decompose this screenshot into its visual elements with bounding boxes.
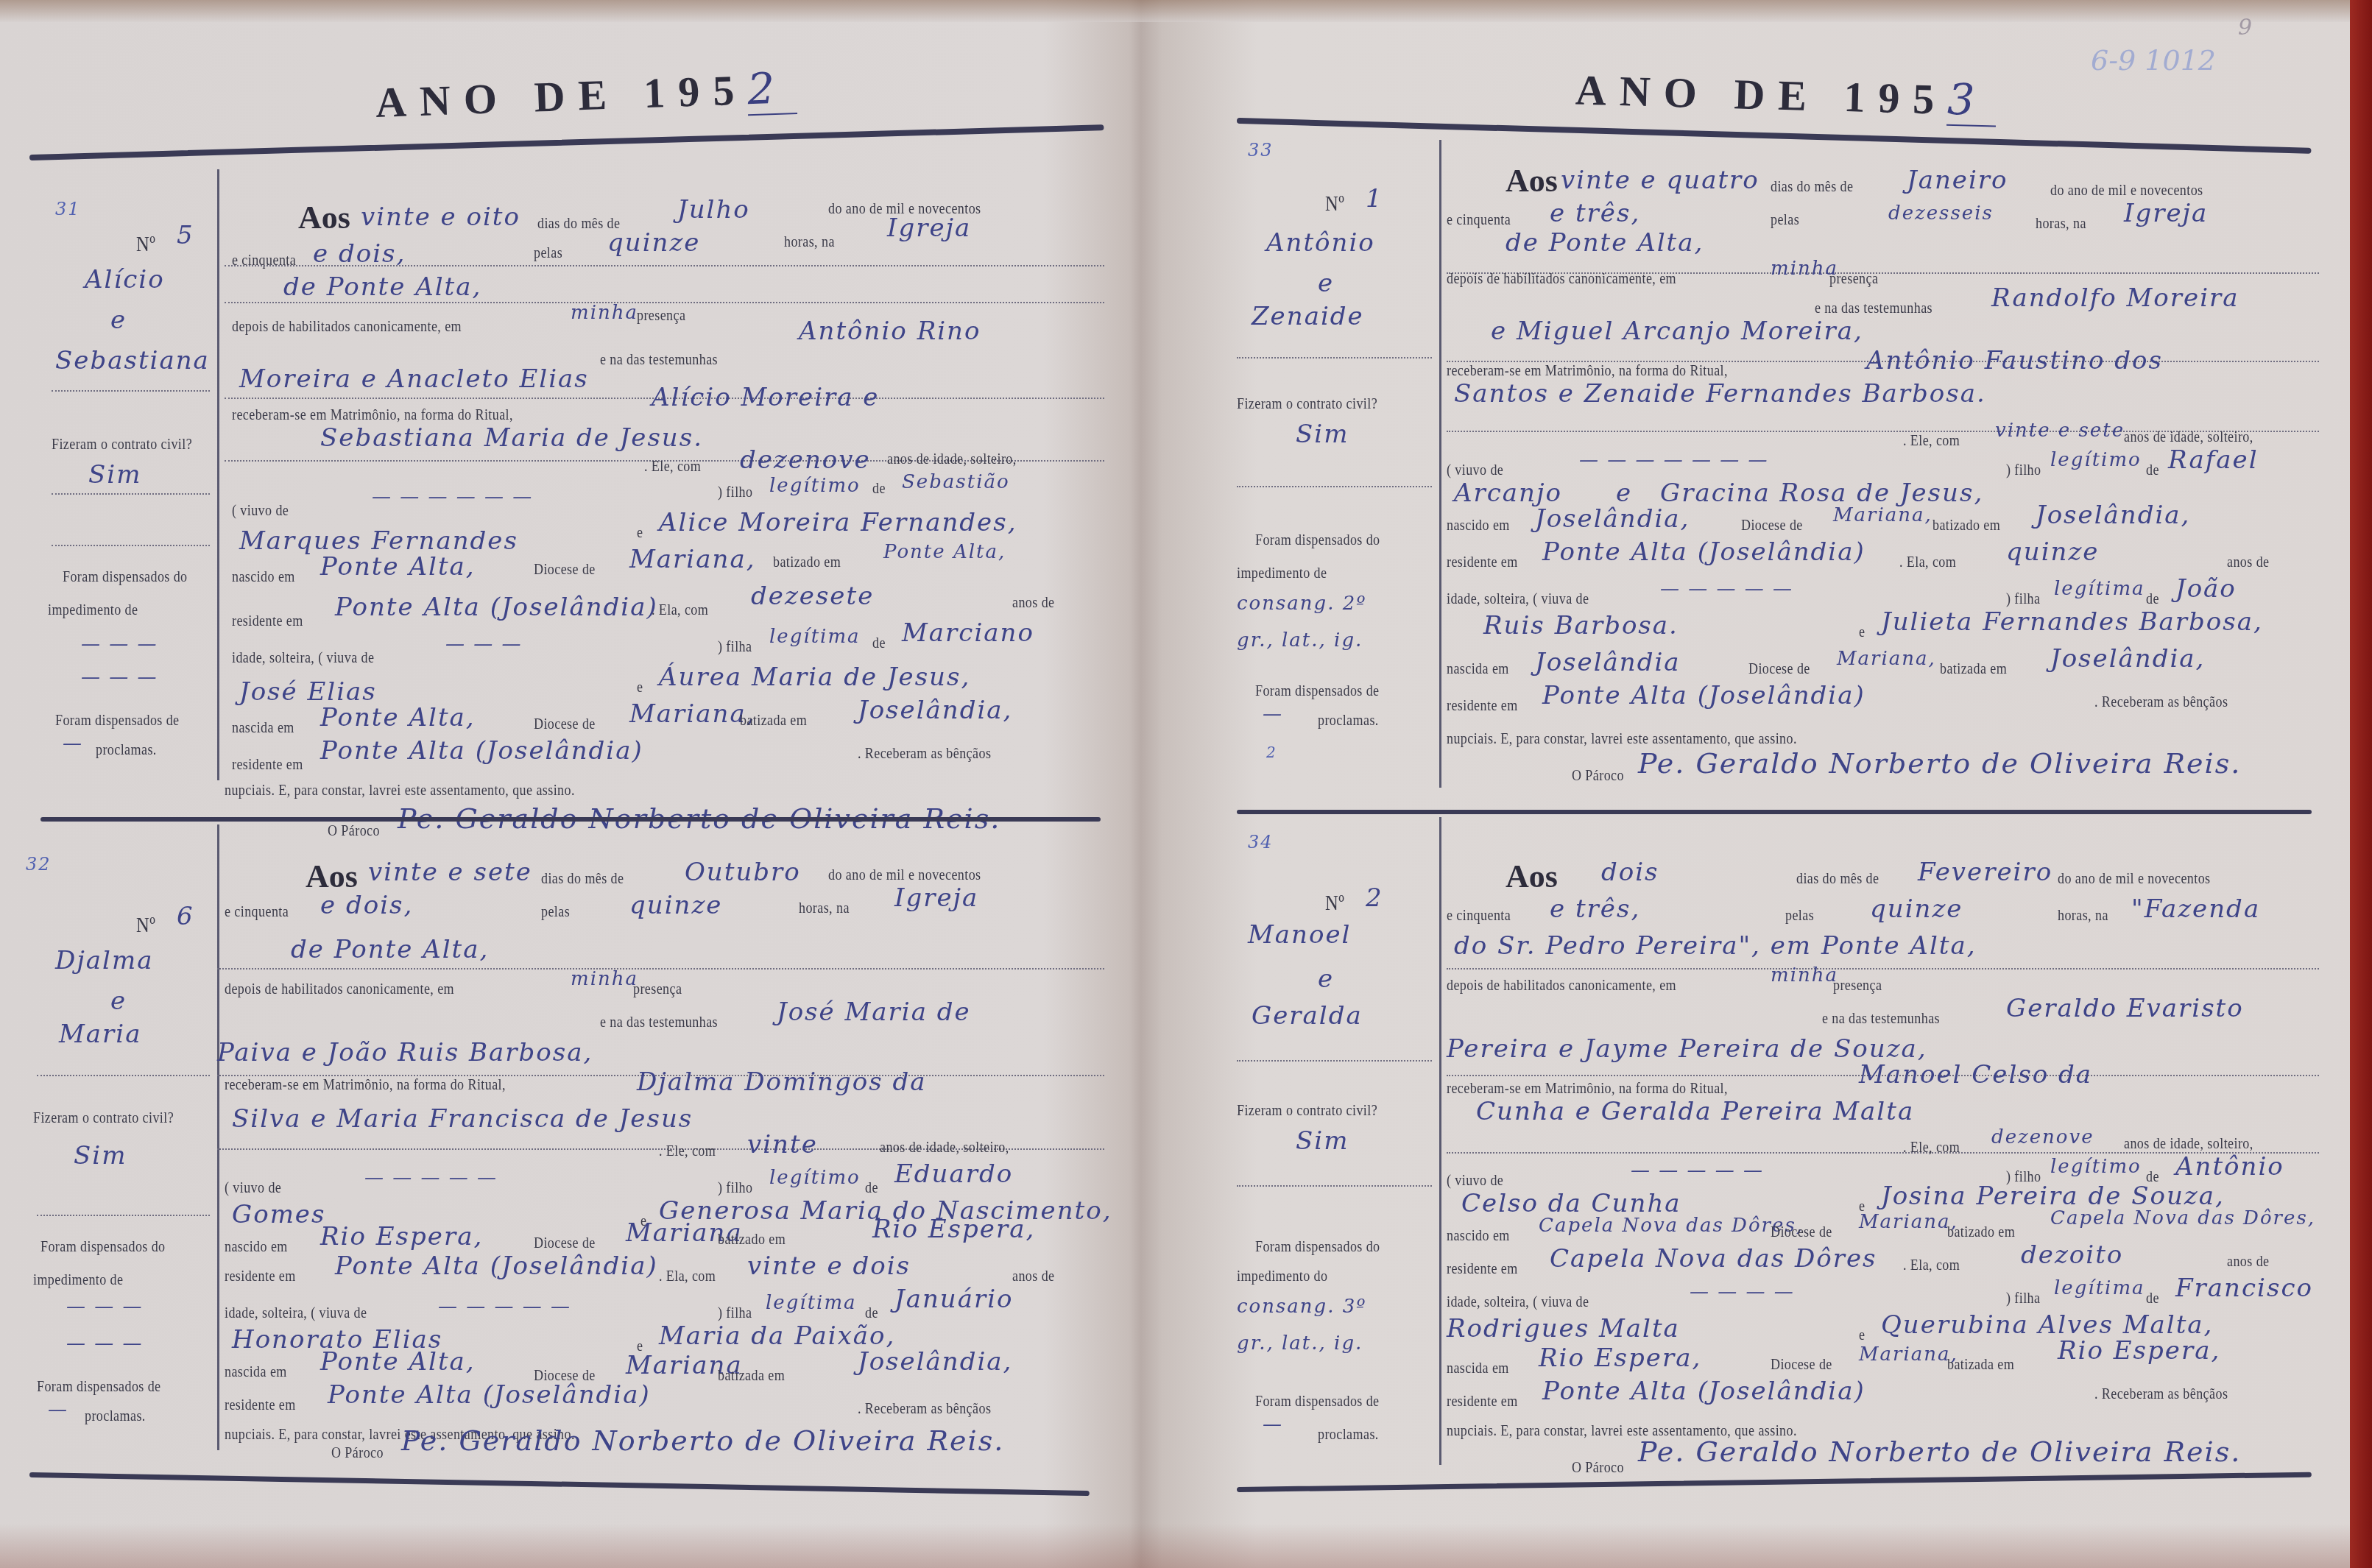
impediment-label-2: impedimento de <box>48 600 138 619</box>
margin-number: 31 <box>55 199 81 219</box>
printed-text: . Ele, com <box>644 456 701 476</box>
footnote-mark: 2 <box>1266 744 1277 761</box>
printed-text: depois de habilitados canonicamente, em <box>225 979 454 998</box>
printed-text: . Ela, com <box>652 600 708 619</box>
widow-of-value: — — — — — <box>1660 578 1793 600</box>
groom-mother-value: Gracina Rosa de Jesus, <box>1660 478 1983 508</box>
printed-text: receberam-se em Matrimônio, na forma do … <box>1447 361 1728 380</box>
spouses-value-2: Santos e Zenaide Fernandes Barbosa. <box>1454 379 1986 409</box>
printed-text: . Receberam as bênçãos <box>2094 1384 2228 1403</box>
printed-text: e cinquenta <box>1447 905 1511 925</box>
groom-baptism-value: Ponte Alta, <box>883 541 1006 563</box>
bride-age-value: dezesete <box>751 582 874 611</box>
marriage-entry: 32 Nº 6 Djalma e Maria Fizeram o contrat… <box>29 824 1104 1458</box>
printed-text: presença <box>633 979 682 998</box>
bride-diocese-value: Mariana, <box>1859 1343 1958 1366</box>
entry-sidebar: 34 Nº 2 Manoel e Geralda Fizeram o contr… <box>1237 817 1441 1465</box>
entry-divider <box>40 817 1101 822</box>
groom-residence-value: Ponte Alta (Joselândia) <box>1542 537 1866 567</box>
filha-type-value: legítima <box>2054 578 2145 600</box>
bride-birthplace-value: Ponte Alta, <box>320 1347 476 1377</box>
marriage-entry: 33 Nº 1 Antônio e Zenaide Fizeram o cont… <box>1237 140 2312 788</box>
groom-residence-value: Ponte Alta (Joselândia) <box>335 593 658 622</box>
year-printed: ANO DE 195 <box>1575 66 1948 124</box>
bride-father-value: Francisco <box>2175 1274 2313 1303</box>
couple-bride-name: Sebastiana <box>55 346 210 375</box>
record-no: 2 <box>1366 883 1383 913</box>
record-no-label: Nº <box>1325 891 1344 916</box>
bride-residence-value: Ponte Alta (Joselândia) <box>328 1380 651 1410</box>
place-value: Igreja <box>887 213 971 243</box>
printed-text: anos de <box>2227 552 2269 571</box>
filho-type-value: legítimo <box>2050 449 2142 471</box>
witnesses-value-2: e Miguel Arcanjo Moreira, <box>1491 317 1863 346</box>
groom-residence-value: Capela Nova das Dôres <box>1550 1244 1877 1274</box>
printed-text: pelas <box>541 902 570 921</box>
widower-of-value: — — — — — — — <box>1579 449 1769 471</box>
groom-father-value-2: Arcanjo <box>1454 478 1562 508</box>
bride-birthplace-value: Rio Espera, <box>1539 1343 1701 1373</box>
widow-of-value: — — — <box>445 633 523 655</box>
bride-birthplace-value: Joselândia <box>1535 648 1681 677</box>
civil-contract-label: Fizeram o contrato civil? <box>33 1108 174 1127</box>
printed-text: batizada em <box>1947 1355 2014 1374</box>
margin-number: 33 <box>1248 140 1274 160</box>
printed-text: depois de habilitados canonicamente, em <box>232 317 462 336</box>
printed-text: batizado em <box>718 1229 786 1249</box>
parish-priest-label: O Pároco <box>1572 1458 1624 1477</box>
groom-residence-value: Ponte Alta (Joselândia) <box>335 1251 658 1281</box>
printed-text: depois de habilitados canonicamente, em <box>1447 975 1676 995</box>
groom-mother-value: Alice Moreira Fernandes, <box>659 508 1017 537</box>
book-cover-edge <box>2350 0 2372 1568</box>
record-no: 6 <box>177 902 194 931</box>
printed-text: . Receberam as bênçãos <box>858 744 991 763</box>
hour-value: quinze <box>629 891 722 920</box>
printed-text: e <box>1859 1325 1865 1344</box>
day-value: vinte e oito <box>361 202 520 232</box>
parish-priest-label: O Pároco <box>331 1443 384 1462</box>
printed-text: nascida em <box>1447 1358 1509 1377</box>
printed-text: de <box>2146 1288 2159 1307</box>
proclamas-label: Foram dispensados de <box>1255 1391 1380 1410</box>
spouses-value: Manoel Celso da <box>1859 1060 2092 1090</box>
printed-text: dias do mês de <box>1796 869 1879 888</box>
filha-type-value: legítima <box>2054 1277 2145 1299</box>
printed-text: ) filha <box>718 1303 752 1322</box>
printed-text: batizado em <box>1932 515 2000 534</box>
printed-text: residente em <box>1447 1259 1518 1278</box>
left-page: ANO DE 1952 31 Nº 5 Alício e Sebastiana … <box>0 0 1156 1568</box>
printed-text: ) filha <box>2006 589 2040 608</box>
entry-line-1: Aos <box>1506 162 1558 199</box>
minha-value: minha <box>1771 258 1838 280</box>
record-no: 5 <box>177 221 194 250</box>
impediment-value-2: — — — <box>81 666 158 688</box>
bride-mother-value: Áurea Maria de Jesus, <box>659 663 970 692</box>
printed-text: e na das testemunhas <box>1822 1009 1940 1028</box>
year-suffix-value: e três, <box>1550 894 1640 924</box>
civil-contract-value: Sim <box>88 460 141 490</box>
header-rule <box>29 124 1104 160</box>
printed-text: e cinquenta <box>225 902 289 921</box>
spouses-value: Alício Moreira e <box>652 383 879 412</box>
couple-bride-name: Zenaide <box>1252 302 1364 331</box>
groom-age-value: dezenove <box>1991 1126 2094 1148</box>
civil-contract-label: Fizeram o contrato civil? <box>1237 394 1377 413</box>
printed-text: nascido em <box>1447 515 1510 534</box>
printed-text: . Ela, com <box>659 1266 716 1285</box>
entry-line-1: Aos <box>1506 858 1558 895</box>
printed-text: ) filha <box>718 637 752 656</box>
printed-text: . Ele, com <box>1903 431 1960 450</box>
printed-text: de <box>2146 589 2159 608</box>
bride-age-value: quinze <box>2006 537 2099 567</box>
rule <box>37 1215 210 1216</box>
priest-signature: Pe. Geraldo Norberto de Oliveira Reis. <box>401 1424 1004 1457</box>
entry-line-1: Aos <box>298 199 350 236</box>
printed-text: batizado em <box>773 552 841 571</box>
printed-text: do ano de mil e novecentos <box>2050 180 2203 199</box>
day-value: vinte e quatro <box>1561 166 1759 195</box>
printed-text: horas, na <box>2036 213 2086 233</box>
entry-sidebar: 33 Nº 1 Antônio e Zenaide Fizeram o cont… <box>1237 140 1441 788</box>
spouses-value: Antônio Faustino dos <box>1866 346 2163 375</box>
printed-text: residente em <box>1447 696 1518 715</box>
entry-body: Aos vinte e oito dias do mês de Julho do… <box>225 169 1104 780</box>
hour-value: quinze <box>607 228 700 258</box>
hour-value: quinze <box>1870 894 1963 924</box>
couple-groom-name: Djalma <box>55 946 153 975</box>
groom-diocese-value: Mariana, <box>1833 504 1932 526</box>
printed-text: residente em <box>232 755 303 774</box>
printed-text: Diocese de <box>1771 1355 1832 1374</box>
place-value: "Fazenda <box>2131 894 2260 924</box>
rule <box>1237 486 1432 487</box>
printed-text: ) filho <box>718 1178 752 1197</box>
impediment-value-2: gr., lat., ig. <box>1237 629 1363 651</box>
year-suffix-value: e dois, <box>313 239 406 269</box>
record-no-label: Nº <box>1325 191 1344 216</box>
groom-mother-value: Josina Pereira de Souza, <box>1881 1182 2225 1211</box>
rule <box>1237 1185 1432 1187</box>
printed-text: horas, na <box>784 232 835 251</box>
printed-text: e na das testemunhas <box>600 1012 718 1031</box>
footer-rule <box>29 1472 1090 1496</box>
printed-text: nascido em <box>225 1237 288 1256</box>
groom-birthplace-value: Capela Nova das Dôres, <box>1539 1215 1804 1237</box>
page-year-heading: ANO DE 1953 <box>1575 65 1997 126</box>
footer-rule <box>1237 1472 2312 1492</box>
groom-father-value-2: Gomes <box>232 1200 325 1229</box>
printed-text: e cinquenta <box>1447 210 1511 229</box>
impediment-label: Foram dispensados do <box>1255 530 1380 549</box>
place-value-2: do Sr. Pedro Pereira", em Ponte Alta, <box>1454 931 1977 961</box>
printed-text: receberam-se em Matrimônio, na forma do … <box>225 1075 506 1094</box>
printed-text: de <box>2146 460 2159 479</box>
groom-father-value: Antônio <box>2175 1152 2284 1182</box>
entry-body: Aos dois dias do mês de Fevereiro do ano… <box>1447 817 2319 1465</box>
spouses-value-2: Cunha e Geralda Pereira Malta <box>1476 1097 1914 1126</box>
proclamas-label: Foram dispensados de <box>55 710 180 730</box>
entry-body: Aos vinte e quatro dias do mês de Janeir… <box>1447 140 2319 788</box>
groom-father-value: Eduardo <box>894 1159 1013 1189</box>
printed-text: anos de <box>2227 1251 2269 1271</box>
printed-text: e na das testemunhas <box>1815 298 1932 317</box>
printed-text: residente em <box>225 1395 296 1414</box>
spouses-value: Djalma Domingos da <box>637 1067 927 1097</box>
minha-value: minha <box>571 302 638 324</box>
bride-age-value: vinte e dois <box>747 1251 911 1281</box>
couple-bride-name: Geralda <box>1252 1001 1363 1031</box>
witnesses-value-2: Moreira e Anacleto Elias <box>239 364 589 394</box>
printed-text: nascido em <box>1447 1226 1510 1245</box>
place-value-2: de Ponte Alta, <box>283 272 481 302</box>
filho-type-value: legítimo <box>769 475 861 497</box>
spouses-value-2: Silva e Maria Francisca de Jesus <box>232 1104 693 1134</box>
record-no: 1 <box>1366 184 1383 213</box>
impediment-value: consang. 3º <box>1237 1296 1367 1318</box>
printed-text: presença <box>1833 975 1882 995</box>
printed-text: ( viuvo de <box>1447 1170 1503 1190</box>
bride-residence-value: Ponte Alta (Joselândia) <box>320 736 643 766</box>
entry-sidebar: 31 Nº 5 Alício e Sebastiana Fizeram o co… <box>29 169 219 780</box>
proclamas-value: — <box>63 732 83 755</box>
printed-text: Diocese de <box>1748 659 1810 678</box>
bride-residence-value: Ponte Alta (Joselândia) <box>1542 1377 1866 1406</box>
spouses-value-2: Sebastiana Maria de Jesus. <box>320 423 703 453</box>
bride-father-value-2: Ruis Barbosa. <box>1483 611 1679 640</box>
printed-text: batizada em <box>1940 659 2007 678</box>
entry-line-1: Aos <box>306 858 358 895</box>
proclamas-label: Foram dispensados de <box>1255 681 1380 700</box>
witnesses-value: José Maria de <box>777 997 971 1027</box>
bride-mother-value: Maria da Paixão, <box>659 1321 895 1351</box>
witnesses-value: Antônio Rino <box>799 317 981 346</box>
printed-text: pelas <box>534 243 562 262</box>
printed-text: ( viuvo de <box>232 501 289 520</box>
printed-text: nascida em <box>232 718 294 737</box>
impediment-value: — — — <box>81 633 158 655</box>
proclamas-label-2: proclamas. <box>96 740 157 759</box>
couple-and: e <box>110 986 127 1016</box>
bride-mother-value: Querubina Alves Malta, <box>1881 1310 2213 1340</box>
printed-text: do ano de mil e novecentos <box>2058 869 2211 888</box>
civil-contract-value: Sim <box>74 1141 127 1170</box>
margin-number: 32 <box>26 854 52 875</box>
printed-text: presença <box>637 306 685 325</box>
printed-text: batizada em <box>740 710 807 730</box>
year-suffix-value: e três, <box>1550 199 1640 228</box>
civil-contract-label: Fizeram o contrato civil? <box>1237 1101 1377 1120</box>
printed-text: dias do mês de <box>1771 177 1853 196</box>
bride-birthplace-value: Ponte Alta, <box>320 703 476 732</box>
couple-and: e <box>1318 964 1334 994</box>
bride-baptism-value: Joselândia, <box>858 1347 1012 1377</box>
day-value: dois <box>1601 858 1659 887</box>
printed-text: ) filho <box>2006 460 2041 479</box>
place-value-2: de Ponte Alta, <box>1506 228 1704 258</box>
hour-value: dezesseis <box>1888 202 1994 225</box>
witnesses-value-2: Pereira e Jayme Pereira de Souza, <box>1447 1034 1927 1064</box>
widower-of-value: — — — — — — <box>372 486 533 508</box>
printed-text: nascido em <box>232 567 295 586</box>
drop-cap-aos: Aos <box>306 858 358 894</box>
printed-text: nascida em <box>1447 659 1509 678</box>
printed-text: residente em <box>1447 552 1518 571</box>
rule <box>52 545 210 546</box>
witnesses-value-2: Paiva e João Ruis Barbosa, <box>217 1038 593 1067</box>
place-value-2: de Ponte Alta, <box>291 935 489 964</box>
bride-mother-value: Julieta Fernandes Barbosa, <box>1881 607 2263 637</box>
printed-text: e <box>1859 622 1865 641</box>
page-year-heading: ANO DE 1952 <box>375 63 797 127</box>
priest-signature: Pe. Geraldo Norberto de Oliveira Reis. <box>1638 1435 2241 1468</box>
printed-text: residente em <box>1447 1391 1518 1410</box>
impediment-label-2: impedimento de <box>33 1270 123 1289</box>
right-page: ANO DE 1953 33 Nº 1 Antônio e Zenaide Fi… <box>1207 0 2350 1568</box>
bride-father-value-2: Rodrigues Malta <box>1447 1314 1680 1343</box>
printed-text: ) filho <box>718 482 752 501</box>
printed-text: . Ela, com <box>1903 1255 1960 1274</box>
widow-of-value: — — — — <box>1690 1281 1795 1303</box>
printed-text: receberam-se em Matrimônio, na forma do … <box>232 405 513 424</box>
entry-divider <box>1237 810 2312 814</box>
printed-text: idade, solteira, ( viuva de <box>1447 1292 1589 1311</box>
printed-text: ( viuvo de <box>225 1178 281 1197</box>
widower-of-value: — — — — — <box>364 1167 498 1189</box>
printed-text: . Receberam as bênçãos <box>2094 692 2228 711</box>
filho-type-value: legítimo <box>2050 1156 2142 1178</box>
couple-bride-name: Maria <box>59 1020 141 1049</box>
printed-text: Diocese de <box>534 1233 596 1252</box>
widower-of-value: — — — — — <box>1631 1159 1764 1182</box>
printed-text: anos de idade, solteiro, <box>880 1137 1009 1156</box>
rule <box>217 968 1104 970</box>
filha-type-value: legítima <box>769 626 861 648</box>
month-value: Janeiro <box>1907 166 2008 195</box>
printed-text: Diocese de <box>1771 1222 1832 1241</box>
parish-priest-label: O Pároco <box>1572 766 1624 785</box>
groom-father-value-2: Celso da Cunha <box>1461 1189 1681 1218</box>
printed-text: horas, na <box>2058 905 2108 925</box>
rule <box>52 390 210 392</box>
bride-baptism-value: Joselândia, <box>858 696 1012 725</box>
margin-number: 34 <box>1248 832 1274 852</box>
month-value: Fevereiro <box>1918 858 2052 887</box>
printed-text: Diocese de <box>534 714 596 733</box>
printed-text: e na das testemunhas <box>600 350 718 369</box>
bride-father-value: Januário <box>894 1285 1014 1314</box>
and-value: e <box>1616 478 1632 508</box>
printed-text: e <box>637 677 643 696</box>
printed-text: do ano de mil e novecentos <box>828 865 981 884</box>
couple-groom-name: Alício <box>85 265 165 294</box>
civil-contract-value: Sim <box>1296 1126 1349 1156</box>
groom-diocese-value: Mariana, <box>629 545 755 574</box>
printed-text: anos de <box>1012 1266 1054 1285</box>
groom-father-value: Rafael <box>2168 445 2259 475</box>
month-value: Julho <box>677 195 750 225</box>
printed-text: receberam-se em Matrimônio, na forma do … <box>1447 1078 1728 1098</box>
bride-diocese-value: Mariana, <box>1837 648 1936 670</box>
drop-cap-aos: Aos <box>1506 163 1558 199</box>
printed-text: depois de habilitados canonicamente, em <box>1447 269 1676 288</box>
impediment-value-2: — — — <box>66 1332 144 1355</box>
record-no-label: Nº <box>136 913 155 938</box>
printed-text: de <box>865 1303 878 1322</box>
printed-text: idade, solteira, ( viuva de <box>1447 589 1589 608</box>
bride-diocese-value: Mariana, <box>629 699 755 729</box>
printed-text: . Ele, com <box>1903 1137 1960 1156</box>
groom-age-value: dezenove <box>740 445 871 475</box>
impediment-value: — — — <box>66 1296 144 1318</box>
closing-text: nupciais. E, para constar, lavrei este a… <box>1447 729 1797 748</box>
groom-baptism-value: Rio Espera, <box>872 1215 1035 1244</box>
couple-and: e <box>110 306 127 335</box>
printed-text: anos de <box>1012 593 1054 612</box>
bride-baptism-value: Joselândia, <box>2050 644 2205 674</box>
groom-diocese-value: Mariana, <box>1859 1211 1958 1233</box>
printed-text: de <box>872 633 886 652</box>
printed-text: residente em <box>232 611 303 630</box>
groom-birthplace-value: Joselândia, <box>1535 504 1690 534</box>
printed-text: pelas <box>1771 210 1799 229</box>
proclamas-label-2: proclamas. <box>1318 1424 1379 1444</box>
year-suffix-value: e dois, <box>320 891 413 920</box>
widow-of-value: — — — — — <box>438 1296 571 1318</box>
bride-residence-value: Ponte Alta (Joselândia) <box>1542 681 1866 710</box>
printed-text: pelas <box>1785 905 1814 925</box>
proclamas-value: — <box>48 1399 68 1421</box>
bride-father-value: Marciano <box>902 618 1034 648</box>
year-printed: ANO DE 195 <box>375 66 748 127</box>
proclamas-label-2: proclamas. <box>85 1406 146 1425</box>
impediment-label: Foram dispensados do <box>40 1237 166 1256</box>
entry-body: Aos vinte e sete dias do mês de Outubro … <box>217 824 1104 1450</box>
groom-birthplace-value: Ponte Alta, <box>320 552 476 582</box>
bride-baptism-value: Rio Espera, <box>2058 1336 2220 1366</box>
drop-cap-aos: Aos <box>1506 858 1558 894</box>
closing-text: nupciais. E, para constar, lavrei este a… <box>225 780 575 799</box>
month-value: Outubro <box>685 858 801 887</box>
printed-text: horas, na <box>799 898 850 917</box>
civil-contract-label: Fizeram o contrato civil? <box>52 434 192 453</box>
couple-groom-name: Manoel <box>1248 920 1351 950</box>
printed-text: batizado em <box>1947 1222 2015 1241</box>
place-value: Igreja <box>2124 199 2208 228</box>
printed-text: dias do mês de <box>541 869 624 888</box>
impediment-label: Foram dispensados do <box>1255 1237 1380 1256</box>
bride-father-value-2: José Elias <box>239 677 377 707</box>
filha-type-value: legítima <box>766 1292 857 1314</box>
printed-text: residente em <box>225 1266 296 1285</box>
printed-text: presença <box>1829 269 1878 288</box>
printed-text: . Receberam as bênçãos <box>858 1399 991 1418</box>
printed-text: ) filha <box>2006 1288 2040 1307</box>
impediment-value-2: gr., lat., ig. <box>1237 1332 1363 1355</box>
impediment-label: Foram dispensados do <box>63 567 188 586</box>
rule <box>1237 357 1432 359</box>
printed-text: Diocese de <box>1741 515 1803 534</box>
groom-baptism-value: Joselândia, <box>2036 501 2190 530</box>
groom-father-value: Sebastião <box>902 471 1010 493</box>
printed-text: idade, solteira, ( viuva de <box>232 648 374 667</box>
printed-text: anos de idade, solteiro, <box>2124 427 2253 446</box>
groom-birthplace-value: Rio Espera, <box>320 1222 483 1251</box>
printed-text: nascida em <box>225 1362 287 1381</box>
printed-text: idade, solteira, ( viuva de <box>225 1303 367 1322</box>
